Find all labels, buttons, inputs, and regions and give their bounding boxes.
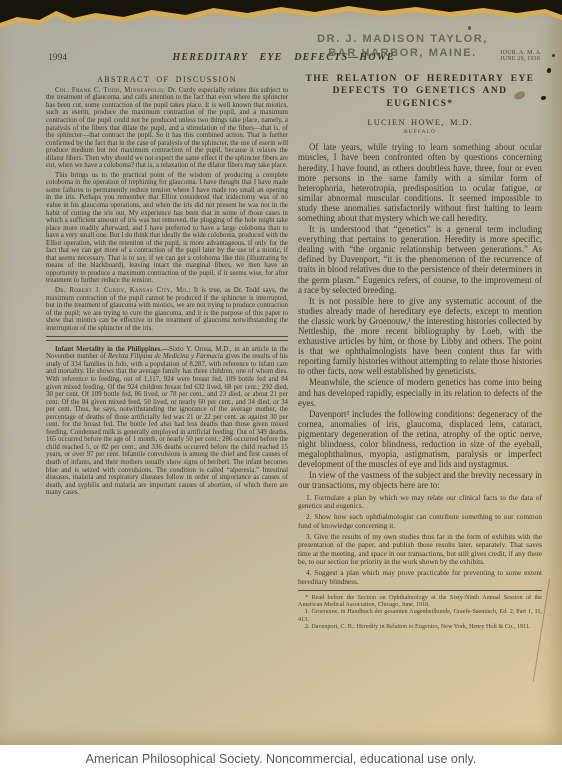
news-item-title: Infant Mortality in the Philippines.— xyxy=(55,346,169,353)
speaker-name: Dr. Robert J. Curdy, Kansas City, Mo.: xyxy=(55,287,191,294)
journal-date: June 29, 1918 xyxy=(500,56,542,62)
page-number: 1994 xyxy=(48,53,67,63)
discussion-paragraph: Dr. Robert J. Curdy, Kansas City, Mo.: I… xyxy=(46,287,288,332)
article-paragraph: Meanwhile, the science of modern genetic… xyxy=(298,377,542,407)
article-author: LUCIEN HOWE, M.D. xyxy=(298,117,542,127)
right-column: THE RELATION OF HEREDITARY EYE DEFECTS T… xyxy=(298,73,542,630)
journal-reference: Jour. A. M. A. June 29, 1918 xyxy=(500,50,542,63)
section-divider-rule xyxy=(46,336,288,341)
footnote: 2. Davenport, C. B.: Heredity in Relatio… xyxy=(298,623,542,630)
objectives-list: 1. Formulate a plan by which we may rela… xyxy=(298,494,542,587)
speaker-name: Col. Frank C. Todd, Minneapolis: xyxy=(55,87,165,94)
article-title-line-1: THE RELATION OF HEREDITARY EYE xyxy=(298,73,542,86)
archive-caption-text: American Philosophical Society. Noncomme… xyxy=(86,752,477,766)
article-title-line-2: DEFECTS TO GENETICS AND xyxy=(298,85,542,98)
footnote: 1. Groenouw, in Handbuch der gesamten Au… xyxy=(298,608,542,622)
cited-journal-title: Revista Filipina de Medicina y Farmacia xyxy=(108,353,223,360)
paragraph-text: It is true, as Dr. Todd says, the maximu… xyxy=(46,287,288,332)
section-heading: ABSTRACT OF DISCUSSION xyxy=(46,75,288,84)
left-column: ABSTRACT OF DISCUSSION Col. Frank C. Tod… xyxy=(46,73,288,630)
two-column-body: ABSTRACT OF DISCUSSION Col. Frank C. Tod… xyxy=(0,63,562,630)
objective-item: 1. Formulate a plan by which we may rela… xyxy=(298,494,542,511)
footnote: * Read before the Section on Ophthalmolo… xyxy=(298,594,542,608)
article-title-line-3: EUGENICS* xyxy=(298,98,542,111)
scanned-page: DR. J. MADISON TAYLOR, BAR HARBOR, MAINE… xyxy=(0,0,562,745)
discussion-paragraph: This brings us to the practical point of… xyxy=(46,172,288,285)
archive-caption-bar: American Philosophical Society. Noncomme… xyxy=(0,745,562,772)
objective-item: 2. Show how each ophthalmologist can con… xyxy=(298,513,542,530)
article-title: THE RELATION OF HEREDITARY EYE DEFECTS T… xyxy=(298,73,542,111)
article-paragraph: Davenport² includes the following condit… xyxy=(298,409,542,470)
paragraph-text: This brings us to the practical point of… xyxy=(46,172,288,285)
article-paragraph: Of late years, while trying to learn som… xyxy=(298,142,542,223)
journal-page: DR. J. MADISON TAYLOR, BAR HARBOR, MAINE… xyxy=(0,10,562,745)
news-item: Infant Mortality in the Philippines.—Six… xyxy=(46,346,288,497)
news-text-after: gives the results of his study of 334 fa… xyxy=(46,353,288,496)
author-location: BUFFALO xyxy=(298,129,542,135)
article-paragraph: In view of the vastness of the subject a… xyxy=(298,470,542,490)
objective-item: 3. Give the results of my own studies th… xyxy=(298,533,542,567)
paragraph-text: Dr. Curdy especially relates this subjec… xyxy=(46,87,288,169)
stamp-line-1: DR. J. MADISON TAYLOR, xyxy=(317,32,488,46)
objective-item: 4. Suggest a plan which may prove practi… xyxy=(298,569,542,586)
owner-stamp: DR. J. MADISON TAYLOR, BAR HARBOR, MAINE… xyxy=(317,32,488,60)
discussion-paragraph: Col. Frank C. Todd, Minneapolis: Dr. Cur… xyxy=(46,87,288,170)
stamp-line-2: BAR HARBOR, MAINE. xyxy=(317,46,488,60)
article-paragraph: It is understood that “genetics” is a ge… xyxy=(298,224,542,295)
article-paragraph: It is not possible here to give any syst… xyxy=(298,296,542,377)
footnotes: * Read before the Section on Ophthalmolo… xyxy=(298,590,542,630)
